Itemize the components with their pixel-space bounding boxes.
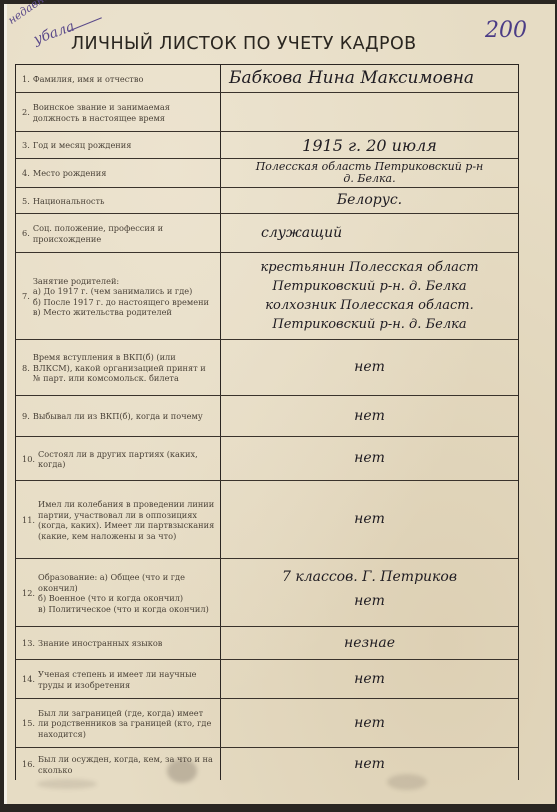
question-number: 12. [22, 588, 35, 599]
question-label: Время вступления в ВКП(б) (или ВЛКСМ), к… [33, 352, 216, 384]
question-number: 7. [22, 291, 30, 302]
answer-text: Бабкова Нина Максимовна [229, 70, 474, 87]
question-label: Знание иностранных языков [38, 638, 216, 649]
form-row-nationality: 5.Национальность Белорус. [16, 188, 518, 214]
question-number: 4. [22, 168, 30, 179]
question-number: 2. [22, 107, 30, 118]
answer-text: 1915 г. 20 июля [302, 137, 437, 154]
form-row-academic-degree: 14.Ученая степень и имеет ли научные тру… [16, 660, 518, 699]
answer-text: нет [354, 408, 385, 425]
question-number: 11. [22, 515, 35, 526]
question-number: 6. [22, 228, 30, 239]
form-row-abroad: 15.Был ли заграницей (где, когда) имеет … [16, 699, 518, 748]
form-row-birth-date: 3.Год и месяц рождения 1915 г. 20 июля [16, 132, 518, 159]
question-cell: 2.Воинское звание и занимаемая должность… [16, 93, 221, 131]
form-row-other-parties: 10.Состоял ли в других партиях (каких, к… [16, 437, 518, 481]
answer-cell: нет [221, 660, 518, 698]
question-cell: 11.Имел ли колебания в проведении линии … [16, 481, 221, 558]
margin-note-top: недавно [6, 0, 52, 27]
question-label: Имел ли колебания в проведении линии пар… [38, 499, 216, 541]
form-row-party-entry: 8.Время вступления в ВКП(б) (или ВЛКСМ),… [16, 340, 518, 396]
answer-cell: служащий [221, 214, 518, 252]
question-label: Место рождения [33, 168, 216, 179]
question-number: 14. [22, 674, 35, 685]
answer-text: нет [354, 589, 385, 613]
answer-cell: нет [221, 481, 518, 558]
answer-cell: Белорус. [221, 188, 518, 213]
answer-text: незнае [344, 635, 395, 652]
answer-text: служащий [261, 225, 342, 242]
answer-text: нет [354, 715, 385, 732]
answer-text: д. Белка. [343, 173, 395, 185]
ink-stain [167, 759, 197, 783]
question-number: 9. [22, 411, 30, 422]
question-number: 10. [22, 454, 35, 465]
question-number: 16. [22, 759, 35, 770]
question-label: Воинское звание и занимаемая должность в… [33, 102, 216, 123]
question-cell: 12.Образование: а) Общее (что и где окон… [16, 559, 221, 626]
answer-text: Петриковский р-н. д. Белка [272, 277, 466, 296]
record-form-table: 1.Фамилия, имя и отчество Бабкова Нина М… [15, 64, 519, 780]
answer-cell: 1915 г. 20 июля [221, 132, 518, 158]
answer-text: нет [354, 450, 385, 467]
form-row-education: 12.Образование: а) Общее (что и где окон… [16, 559, 518, 627]
question-label: Ученая степень и имеет ли научные труды … [38, 669, 216, 690]
form-row-birth-place: 4.Место рождения Полесская область Петри… [16, 159, 518, 188]
question-cell: 10.Состоял ли в других партиях (каких, к… [16, 437, 221, 480]
form-row-party-leave: 9.Выбывал ли из ВКП(б), когда и почему н… [16, 396, 518, 437]
question-cell: 1.Фамилия, имя и отчество [16, 65, 221, 92]
answer-cell: 7 классов. Г. Петриковнет [221, 559, 518, 626]
answer-cell: незнае [221, 627, 518, 659]
question-label: Национальность [33, 196, 216, 207]
question-label: Год и месяц рождения [33, 140, 216, 151]
sheet-number: 200 [485, 18, 527, 43]
personnel-record-sheet: недавно убала ЛИЧНЫЙ ЛИСТОК ПО УЧЕТУ КАД… [4, 4, 555, 804]
ink-stain [387, 774, 427, 790]
answer-text: нет [354, 756, 385, 773]
answer-cell: нет [221, 748, 518, 780]
question-cell: 13.Знание иностранных языков [16, 627, 221, 659]
answer-cell: нет [221, 437, 518, 480]
form-row-convictions: 16.Был ли осужден, когда, кем, за что и … [16, 748, 518, 780]
question-cell: 7.Занятие родителей: а) До 1917 г. (чем … [16, 253, 221, 339]
question-cell: 9.Выбывал ли из ВКП(б), когда и почему [16, 396, 221, 436]
question-label: Образование: а) Общее (что и где окончил… [38, 572, 216, 614]
question-label: Был ли заграницей (где, когда) имеет ли … [38, 708, 216, 740]
form-row-full-name: 1.Фамилия, имя и отчество Бабкова Нина М… [16, 65, 518, 93]
question-number: 5. [22, 196, 30, 207]
answer-cell: крестьянин Полесская областПетриковский … [221, 253, 518, 339]
question-number: 3. [22, 140, 30, 151]
question-cell: 4.Место рождения [16, 159, 221, 187]
question-cell: 5.Национальность [16, 188, 221, 213]
answer-text: нет [354, 511, 385, 528]
question-label: Состоял ли в других партиях (каких, когд… [38, 449, 216, 470]
question-cell: 8.Время вступления в ВКП(б) (или ВЛКСМ),… [16, 340, 221, 395]
answer-cell: нет [221, 340, 518, 395]
question-cell: 14.Ученая степень и имеет ли научные тру… [16, 660, 221, 698]
form-row-party-deviations: 11.Имел ли колебания в проведении линии … [16, 481, 518, 559]
answer-cell-empty [221, 93, 518, 131]
answer-text: нет [354, 671, 385, 688]
answer-text: Петриковский р-н. д. Белка [272, 315, 466, 334]
question-label: Соц. положение, профессия и происхождени… [33, 223, 216, 244]
question-label: Выбывал ли из ВКП(б), когда и почему [33, 411, 216, 422]
answer-text: крестьянин Полесская област [260, 258, 478, 277]
question-cell: 3.Год и месяц рождения [16, 132, 221, 158]
answer-cell: Полесская область Петриковский р-нд. Бел… [221, 159, 518, 187]
question-cell: 6.Соц. положение, профессия и происхожде… [16, 214, 221, 252]
answer-text: колхозник Полесская област. [265, 296, 473, 315]
form-row-parents-occupation: 7.Занятие родителей: а) До 1917 г. (чем … [16, 253, 518, 340]
answer-text: 7 классов. Г. Петриков [282, 565, 457, 589]
question-number: 8. [22, 363, 30, 374]
question-number: 15. [22, 718, 35, 729]
answer-text: Белорус. [337, 192, 402, 209]
question-label: Фамилия, имя и отчество [33, 74, 216, 85]
question-label: Занятие родителей: а) До 1917 г. (чем за… [33, 276, 216, 318]
question-cell: 15.Был ли заграницей (где, когда) имеет … [16, 699, 221, 747]
question-number: 13. [22, 638, 35, 649]
form-row-languages: 13.Знание иностранных языков незнае [16, 627, 518, 660]
ink-stain [37, 779, 97, 789]
answer-cell: нет [221, 699, 518, 747]
answer-cell: нет [221, 396, 518, 436]
document-title: ЛИЧНЫЙ ЛИСТОК ПО УЧЕТУ КАДРОВ [71, 34, 417, 54]
form-row-military-rank: 2.Воинское звание и занимаемая должность… [16, 93, 518, 132]
answer-text: нет [354, 359, 385, 376]
answer-cell: Бабкова Нина Максимовна [221, 65, 518, 92]
question-number: 1. [22, 74, 30, 85]
margin-note-second: убала [32, 19, 77, 48]
form-row-social-status: 6.Соц. положение, профессия и происхожде… [16, 214, 518, 253]
